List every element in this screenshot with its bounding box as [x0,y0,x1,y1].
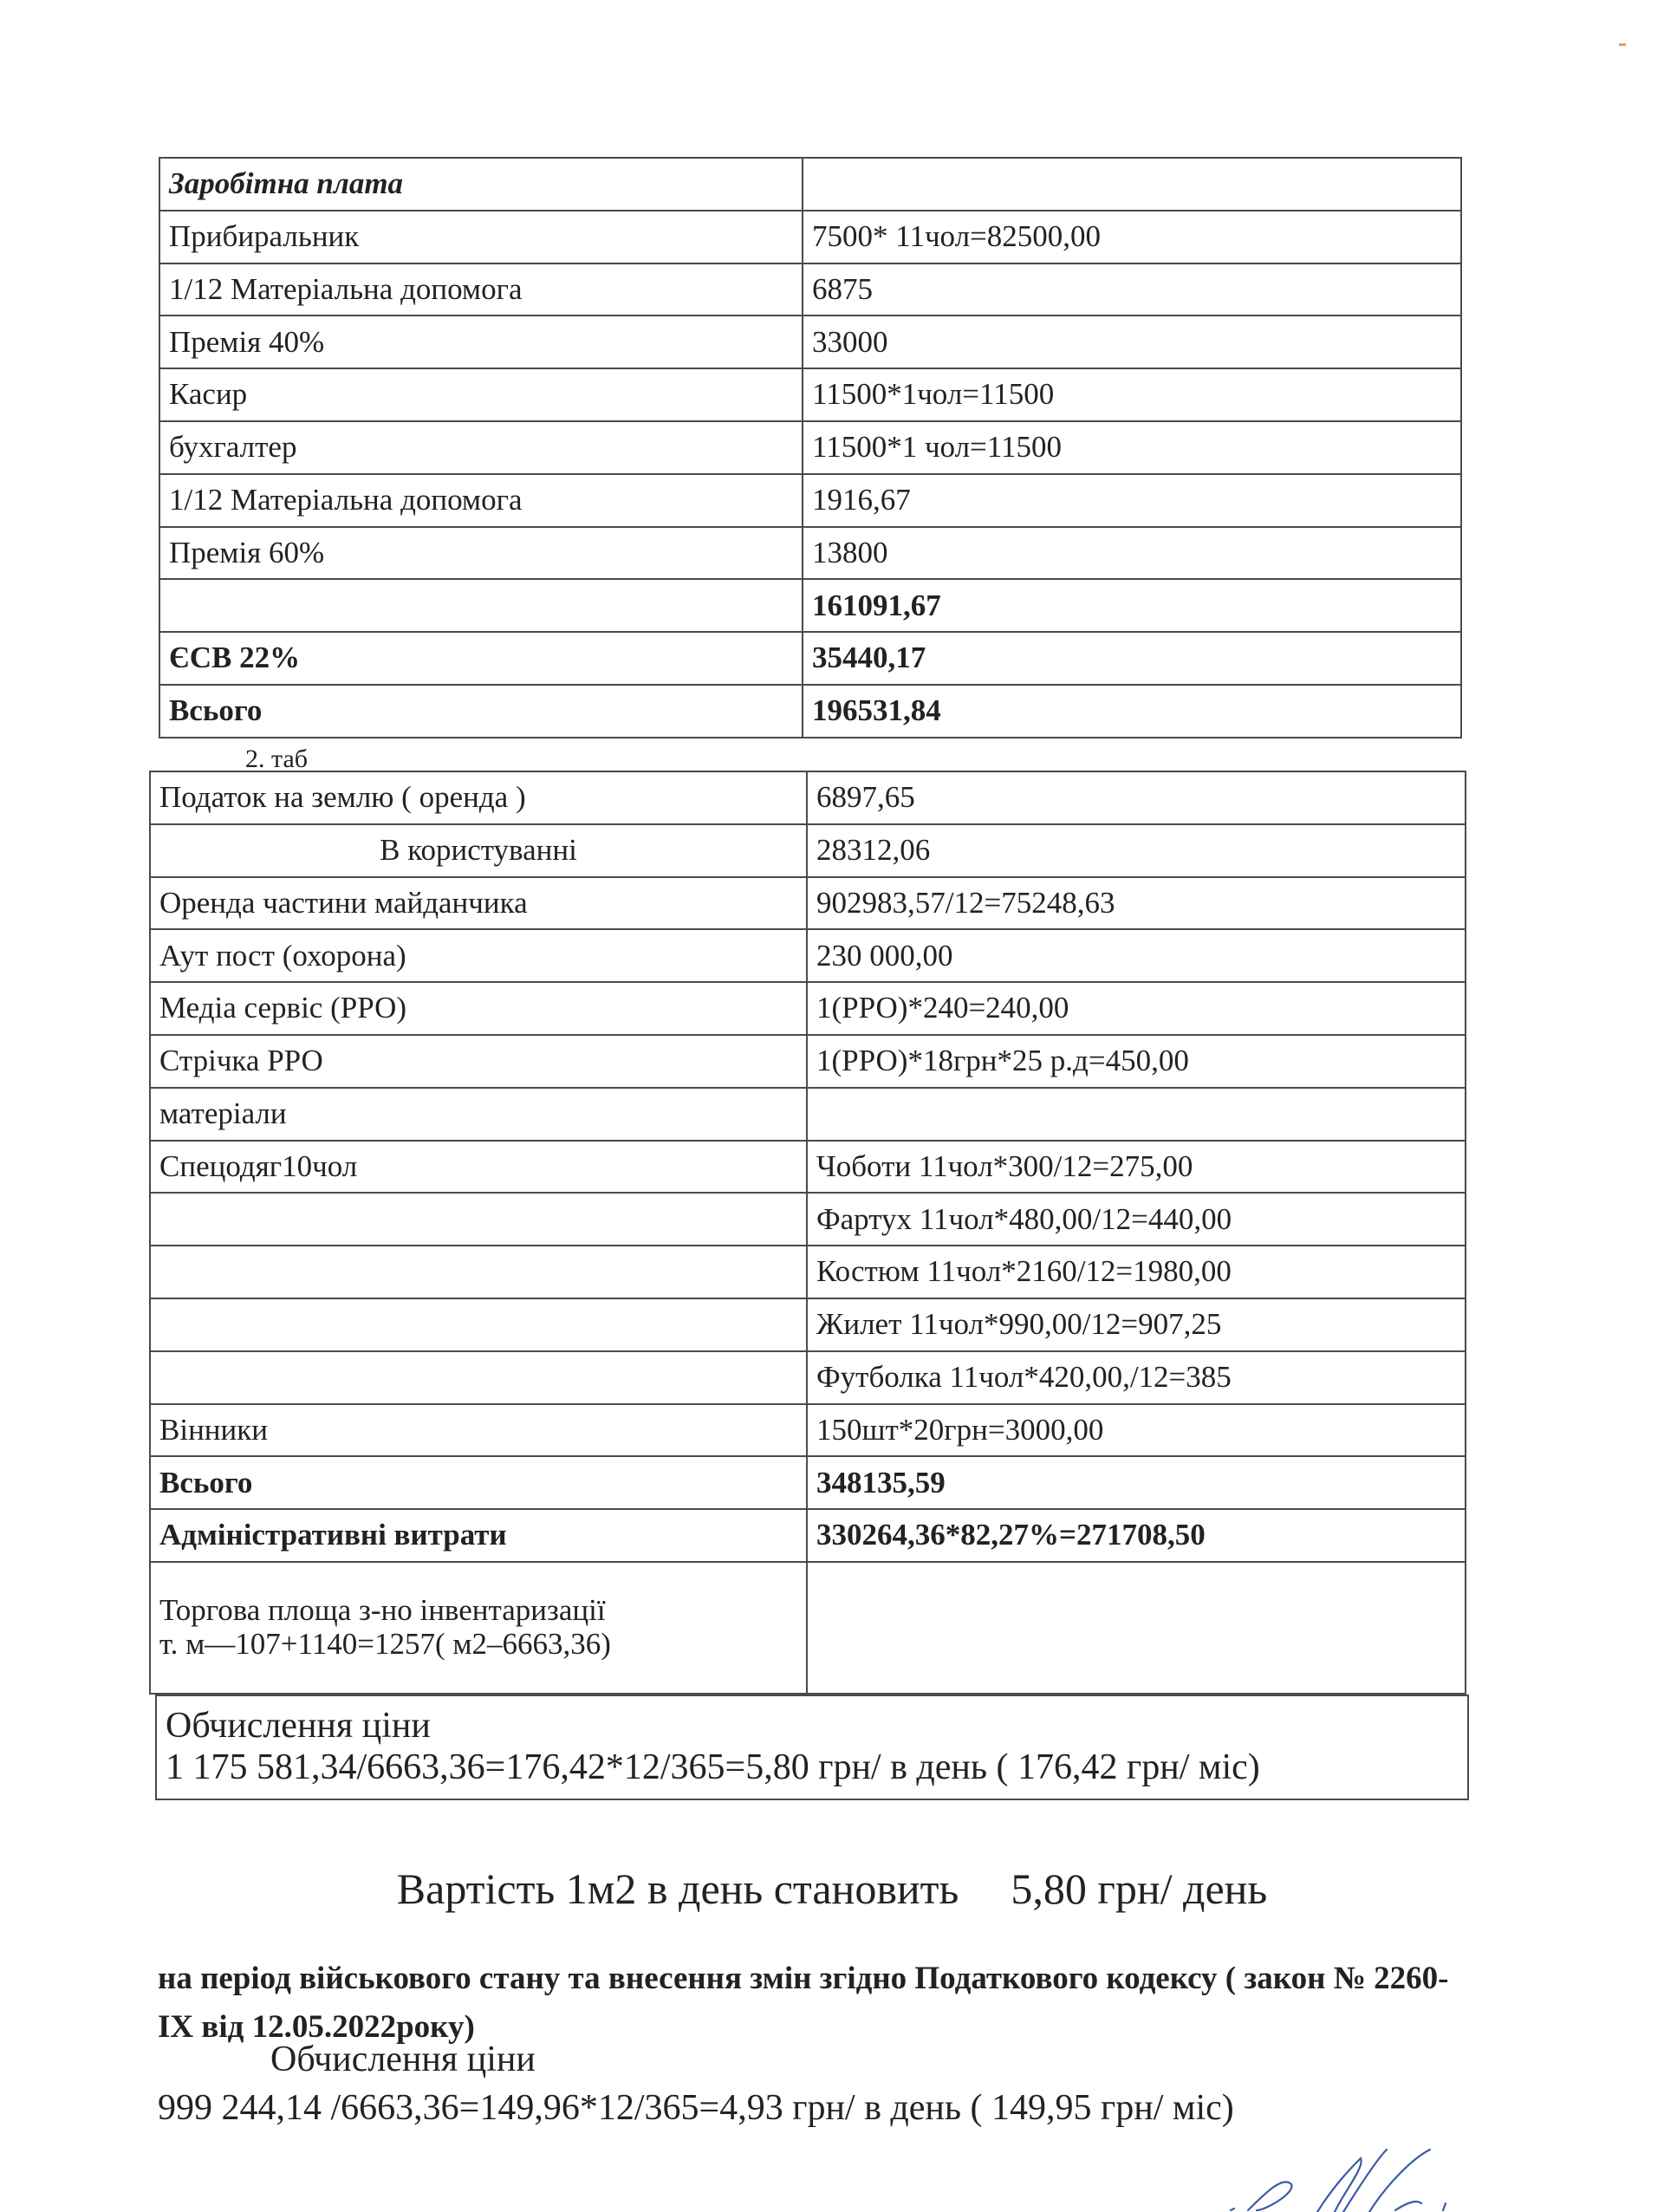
table-row: Стрічка РРО1(РРО)*18грн*25 р.д=450,00 [150,1035,1466,1088]
table-row: Касир11500*1чол=11500 [159,368,1461,421]
martial-calc-title: Обчислення ціни [270,2039,536,2080]
signature-icon [1213,2141,1473,2212]
row-value: 330264,36*82,27%=271708,50 [807,1509,1466,1562]
row-label [150,1351,807,1404]
row-value: Фартух 11чол*480,00/12=440,00 [807,1193,1466,1246]
row-value: 13800 [803,527,1461,580]
table-row: 1/12 Матеріальна допомога6875 [159,263,1461,316]
row-label: 1/12 Матеріальна допомога [159,474,803,527]
table-row: Костюм 11чол*2160/12=1980,00 [150,1246,1466,1298]
row-value: 1(РРО)*240=240,00 [807,982,1466,1035]
table-row: В користуванні28312,06 [150,824,1466,877]
price-calc-formula: 1 175 581,34/6663,36=176,42*12/365=5,80 … [166,1747,1459,1788]
row-label [150,1246,807,1298]
table-row: Вінники150шт*20грн=3000,00 [150,1404,1466,1457]
martial-law-note: на період військового стану та внесення … [158,1955,1475,2051]
empty-cell [803,158,1461,211]
headline-value: 5,80 грн/ день [959,1864,1267,1913]
row-label: Всього [159,685,803,738]
table-row: Всього196531,84 [159,685,1461,738]
row-value: 28312,06 [807,824,1466,877]
table-row: Оренда частини майданчика902983,57/12=75… [150,877,1466,930]
table-row: Аут пост (охорона)230 000,00 [150,929,1466,982]
table-row: Медіа сервіс (РРО)1(РРО)*240=240,00 [150,982,1466,1035]
row-label: В користуванні [150,824,807,877]
row-value: Жилет 11чол*990,00/12=907,25 [807,1298,1466,1351]
row-label: Премія 60% [159,527,803,580]
martial-calc-formula: 999 244,14 /6663,36=149,96*12/365=4,93 г… [158,2087,1234,2129]
area-label: Торгова площа з-но інвентаризаціїт. м—10… [150,1562,807,1694]
row-label: Премія 40% [159,316,803,368]
table-row: Премія 40%33000 [159,316,1461,368]
row-label: Адміністративні витрати [150,1509,807,1562]
row-value: 6897,65 [807,771,1466,824]
table-row: матеріали [150,1088,1466,1141]
expenses-table: Податок на землю ( оренда )6897,65В кори… [149,771,1466,1695]
row-value: 150шт*20грн=3000,00 [807,1404,1466,1457]
row-value: 348135,59 [807,1456,1466,1509]
row-value: Футболка 11чол*420,00,/12=385 [807,1351,1466,1404]
table-row: Жилет 11чол*990,00/12=907,25 [150,1298,1466,1351]
table-row: Премія 60%13800 [159,527,1461,580]
row-value: 6875 [803,263,1461,316]
headline-text: Вартість 1м2 в день становить [397,1864,959,1913]
table-row: Всього348135,59 [150,1456,1466,1509]
salary-table: Заробітна плата Прибиральник7500* 11чол=… [159,157,1462,738]
row-label [159,579,803,632]
row-value: 230 000,00 [807,929,1466,982]
row-label: Оренда частини майданчика [150,877,807,930]
row-label: Спецодяг10чол [150,1141,807,1194]
table-row: Футболка 11чол*420,00,/12=385 [150,1351,1466,1404]
row-value: 35440,17 [803,632,1461,685]
price-calculation-box: Обчислення ціни 1 175 581,34/6663,36=176… [155,1695,1469,1800]
row-value: 1(РРО)*18грн*25 р.д=450,00 [807,1035,1466,1088]
scan-mark [1619,43,1626,46]
row-value: 7500* 11чол=82500,00 [803,211,1461,263]
table-header-row: Заробітна плата [159,158,1461,211]
price-calc-title: Обчислення ціни [166,1705,1459,1747]
row-label: Стрічка РРО [150,1035,807,1088]
table-row: 1/12 Матеріальна допомога1916,67 [159,474,1461,527]
row-label: Вінники [150,1404,807,1457]
area-value [807,1562,1466,1694]
row-label: Касир [159,368,803,421]
table-row: Прибиральник7500* 11чол=82500,00 [159,211,1461,263]
row-value: 1916,67 [803,474,1461,527]
row-label: Аут пост (охорона) [150,929,807,982]
row-value: 11500*1чол=11500 [803,368,1461,421]
area-label-line2: т. м—107+1140=1257( м2–6663,36) [159,1628,797,1662]
row-label: Медіа сервіс (РРО) [150,982,807,1035]
row-label: 1/12 Матеріальна допомога [159,263,803,316]
row-label: ЄСВ 22% [159,632,803,685]
area-label-line1: Торгова площа з-но інвентаризації [159,1594,797,1628]
row-value: 196531,84 [803,685,1461,738]
row-label: Податок на землю ( оренда ) [150,771,807,824]
table-row: бухгалтер11500*1 чол=11500 [159,421,1461,474]
table-row: Податок на землю ( оренда )6897,65 [150,771,1466,824]
row-label: матеріали [150,1088,807,1141]
signature [1213,2141,1473,2212]
row-value: 161091,67 [803,579,1461,632]
row-value: 11500*1 чол=11500 [803,421,1461,474]
row-value [807,1088,1466,1141]
table-row: ЄСВ 22%35440,17 [159,632,1461,685]
table-row: Адміністративні витрати330264,36*82,27%=… [150,1509,1466,1562]
row-label [150,1193,807,1246]
row-label: Всього [150,1456,807,1509]
table-row: Фартух 11чол*480,00/12=440,00 [150,1193,1466,1246]
tab-note: 2. таб [245,745,308,774]
daily-cost-headline: Вартість 1м2 в день становить5,80 грн/ д… [0,1864,1664,1914]
salary-header: Заробітна плата [159,158,803,211]
row-value: 33000 [803,316,1461,368]
row-value: 902983,57/12=75248,63 [807,877,1466,930]
table-row: 161091,67 [159,579,1461,632]
row-label [150,1298,807,1351]
area-row: Торгова площа з-но інвентаризаціїт. м—10… [150,1562,1466,1694]
row-value: Чоботи 11чол*300/12=275,00 [807,1141,1466,1194]
row-value: Костюм 11чол*2160/12=1980,00 [807,1246,1466,1298]
row-label: Прибиральник [159,211,803,263]
table-row: Спецодяг10чолЧоботи 11чол*300/12=275,00 [150,1141,1466,1194]
row-label: бухгалтер [159,421,803,474]
